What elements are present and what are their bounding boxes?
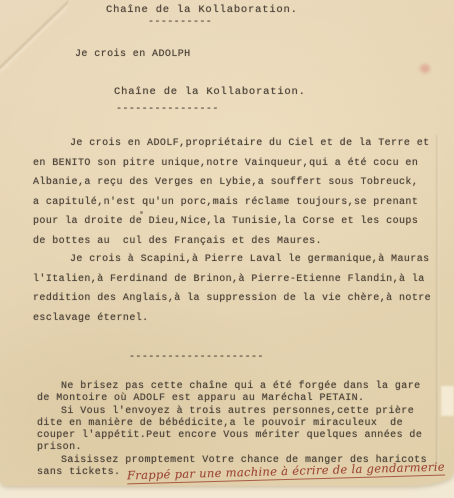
text-line: reddition des Anglais,à la suppression d…: [33, 289, 431, 309]
paper-smudge: [420, 64, 430, 73]
text-line: esclavage éternel.: [33, 309, 431, 329]
scanned-letter-paper: Chaîne de la Kollaboration. ---------- J…: [0, 0, 454, 486]
paragraph-credo-collaborators: Je crois à Scapini,à Pierre Laval le ger…: [33, 250, 431, 328]
text-line: en BENITO son pitre unique,notre Vainque…: [33, 154, 430, 174]
text-line: couper l'appétit.Peut encore Vous mérite…: [37, 430, 427, 442]
text-line: de Montoire où ADOLF est apparu au Maréc…: [37, 393, 427, 405]
text-line: Je crois à Scapini,à Pierre Laval le ger…: [33, 250, 431, 270]
belief-line: Je crois en ADOLPH: [75, 49, 191, 60]
text-line: dite en manière de bébédicite,a le pouvo…: [37, 418, 427, 430]
section-separator-dashes: ---------------------: [129, 352, 264, 363]
paragraph-credo-adolf: Je crois en ADOLF,propriétaire du Ciel e…: [33, 134, 430, 251]
text-line: pour la droite de Dieu,Nice,la Tunisie,l…: [33, 212, 430, 232]
paper-crease-top-left: [0, 0, 69, 104]
paper-crease-right: [436, 135, 439, 465]
document-title: Chaîne de la Kollaboration.: [106, 4, 298, 16]
paper-light-patch: [441, 386, 454, 416]
text-line: Si Vous l'envoyez à trois autres personn…: [37, 406, 427, 418]
text-line: l'Italien,à Ferdinand de Brinon,à Pierre…: [33, 270, 431, 290]
text-line: Ne brisez pas cette chaîne qui a été for…: [37, 381, 427, 393]
text-line: Je crois en ADOLF,propriétaire du Ciel e…: [33, 134, 430, 154]
document-subtitle: Chaîne de la Kollaboration.: [114, 86, 306, 98]
subtitle-underline-dashes: ----------------: [116, 104, 219, 115]
text-line: prison.: [37, 442, 427, 454]
title-underline-dashes: ----------: [148, 17, 212, 28]
text-line: a capitulé,n'est qu'un porc,mais réclame…: [33, 193, 430, 213]
text-line: de bottes au cul des Français et des Mau…: [33, 232, 430, 252]
text-line: Albanie,a reçu des Verges en Lybie,a sou…: [33, 173, 430, 193]
